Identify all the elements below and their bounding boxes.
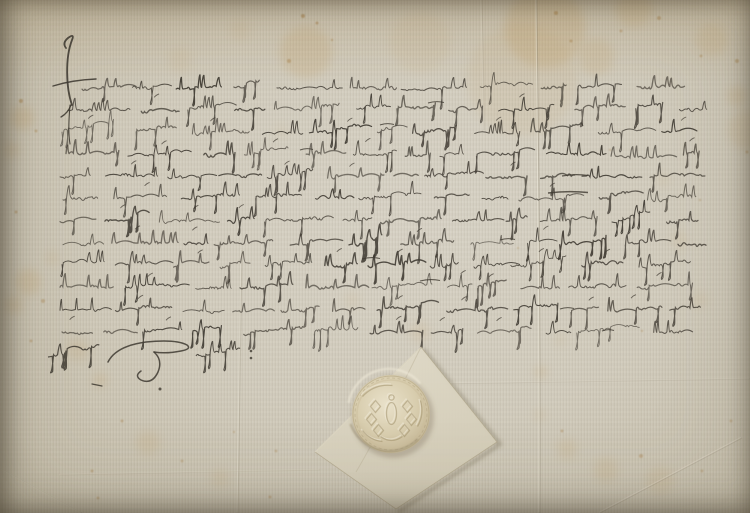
photo-vignette <box>0 0 750 513</box>
manuscript-photo <box>0 0 750 513</box>
